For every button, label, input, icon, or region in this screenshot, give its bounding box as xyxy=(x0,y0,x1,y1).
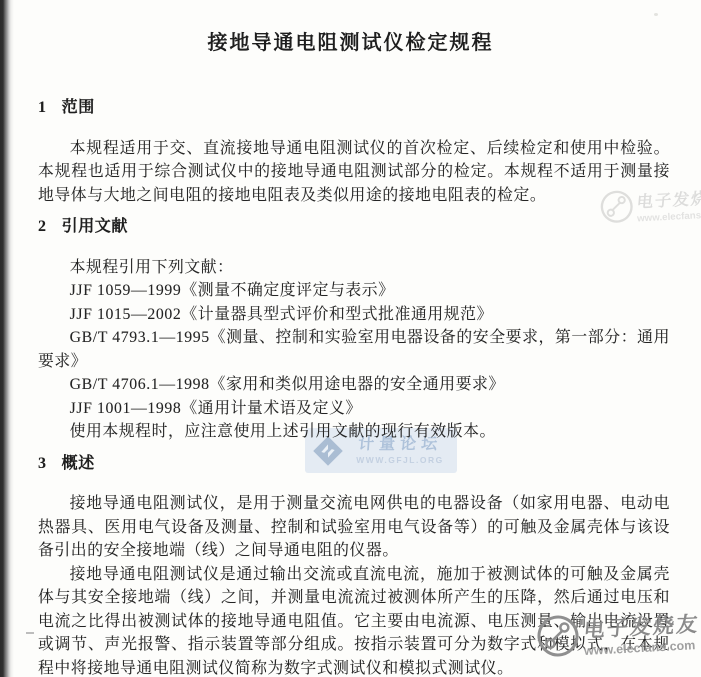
section-references-label: 引用文献 xyxy=(62,218,128,235)
reference-item: JJF 1059—1999《测量不确定度评定与表示》 xyxy=(38,279,670,303)
section-overview-heading: 3概述 xyxy=(38,452,670,476)
document-title: 接地导通电阻测试仪检定规程 xyxy=(0,26,701,55)
elecfans-watermark-bottom: 电子发烧友 www.elecfans.com xyxy=(534,612,699,660)
elecfans-watermark-top: 电子发烧友 www.elecfans.com xyxy=(598,188,701,225)
section-scope-heading: 1范围 xyxy=(38,96,670,120)
reference-intro: 本规程引用下列文献： xyxy=(38,256,670,280)
scan-edge-strip xyxy=(0,0,14,677)
section-overview-number: 3 xyxy=(38,455,47,472)
scan-artifact-dash xyxy=(26,632,34,634)
scan-artifact-dot xyxy=(654,13,658,16)
elecfans-logo-icon xyxy=(530,608,587,665)
elecfans-watermark-url: www.elecfans.com xyxy=(584,639,699,658)
reference-note: 使用本规程时，应注意使用上述引用文献的现行有效版本。 xyxy=(38,420,670,444)
reference-item: JJF 1001—1998《通用计量术语及定义》 xyxy=(38,397,670,421)
reference-item: GB/T 4706.1—1998《家用和类似用途电器的安全通用要求》 xyxy=(38,373,670,397)
elecfans-watermark-url: www.elecfans.com xyxy=(637,209,701,223)
document-body: 1范围 本规程适用于交、直流接地导通电阻测试仪的首次检定、后续检定和使用中检验。… xyxy=(38,88,670,677)
reference-item: GB/T 4793.1—1995《测量、控制和实验室用电器设备的安全要求，第一部… xyxy=(38,326,670,373)
elecfans-watermark-name: 电子发烧友 xyxy=(636,190,701,211)
section-overview-label: 概述 xyxy=(62,455,95,472)
section-scope-label: 范围 xyxy=(62,99,95,116)
section-references-number: 2 xyxy=(38,218,47,235)
elecfans-logo-icon xyxy=(595,185,639,229)
section-scope-number: 1 xyxy=(38,99,47,116)
reference-list: 本规程引用下列文献： JJF 1059—1999《测量不确定度评定与表示》 JJ… xyxy=(38,256,670,444)
section-references-heading: 2引用文献 xyxy=(38,215,670,239)
scanned-document-page: 接地导通电阻测试仪检定规程 1范围 本规程适用于交、直流接地导通电阻测试仪的首次… xyxy=(0,0,701,677)
overview-paragraph: 接地导通电阻测试仪，是用于测量交流电网供电的电器设备（如家用电器、电动电热器具、… xyxy=(38,492,670,563)
elecfans-watermark-name: 电子发烧友 xyxy=(583,614,701,641)
reference-item: JJF 1015—2002《计量器具型式评价和型式批准通用规范》 xyxy=(38,303,670,327)
scope-paragraph: 本规程适用于交、直流接地导通电阻测试仪的首次检定、后续检定和使用中检验。本规程也… xyxy=(38,137,670,208)
